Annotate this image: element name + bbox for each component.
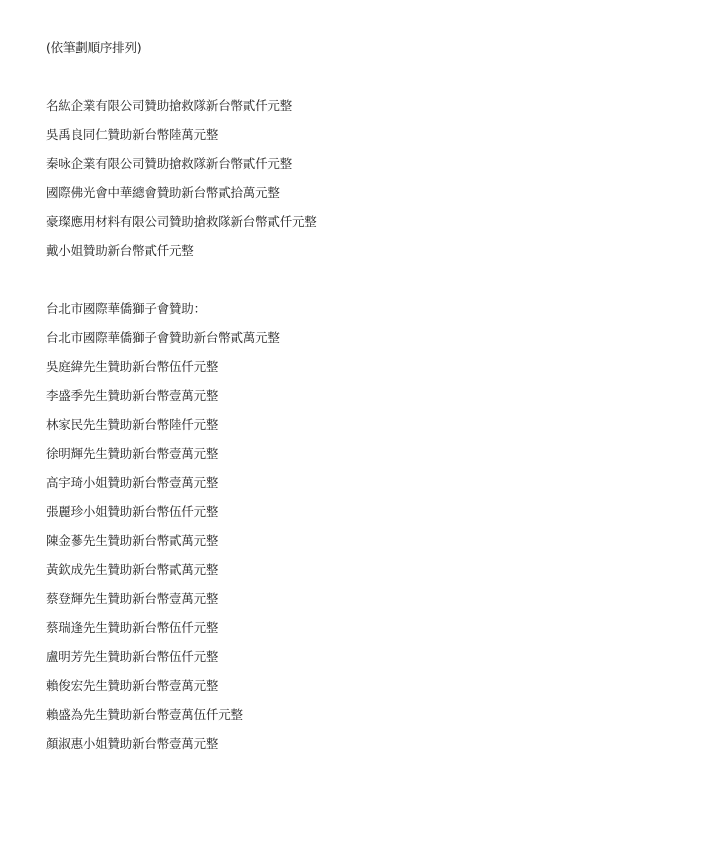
donor-entry: 李盛季先生贊助新台幣壹萬元整 bbox=[46, 388, 686, 404]
donor-entry: 林家民先生贊助新台幣陸仟元整 bbox=[46, 417, 686, 433]
donor-entry: 黃欽成先生贊助新台幣貳萬元整 bbox=[46, 562, 686, 578]
donor-entry: 秦咏企業有限公司贊助搶救隊新台幣貳仟元整 bbox=[46, 156, 686, 172]
donor-entry: 國際佛光會中華總會贊助新台幣貳拾萬元整 bbox=[46, 185, 686, 201]
donor-section-2: 台北市國際華僑獅子會贊助： 台北市國際華僑獅子會贊助新台幣貳萬元整 吳庭緯先生贊… bbox=[46, 301, 686, 752]
donor-entry: 戴小姐贊助新台幣貳仟元整 bbox=[46, 243, 686, 259]
donor-entry: 賴俊宏先生贊助新台幣壹萬元整 bbox=[46, 678, 686, 694]
donor-entry: 吳庭緯先生贊助新台幣伍仟元整 bbox=[46, 359, 686, 375]
donor-section-1: 名紘企業有限公司贊助搶救隊新台幣貳仟元整 吳禹良同仁贊助新台幣陸萬元整 秦咏企業… bbox=[46, 98, 686, 259]
donor-entry: 張麗珍小姐贊助新台幣伍仟元整 bbox=[46, 504, 686, 520]
donor-entry: 顏淑惠小姐贊助新台幣壹萬元整 bbox=[46, 736, 686, 752]
donor-entry: 徐明輝先生贊助新台幣壹萬元整 bbox=[46, 446, 686, 462]
donor-entry: 名紘企業有限公司贊助搶救隊新台幣貳仟元整 bbox=[46, 98, 686, 114]
donor-entry: 吳禹良同仁贊助新台幣陸萬元整 bbox=[46, 127, 686, 143]
donation-list-document: (依筆劃順序排列) 名紘企業有限公司贊助搶救隊新台幣貳仟元整 吳禹良同仁贊助新台… bbox=[46, 40, 686, 765]
section-heading: 台北市國際華僑獅子會贊助： bbox=[46, 301, 686, 317]
donor-entry: 台北市國際華僑獅子會贊助新台幣貳萬元整 bbox=[46, 330, 686, 346]
donor-entry: 賴盛為先生贊助新台幣壹萬伍仟元整 bbox=[46, 707, 686, 723]
donor-entry: 高宇琦小姐贊助新台幣壹萬元整 bbox=[46, 475, 686, 491]
section-spacer bbox=[46, 272, 686, 301]
donor-entry: 盧明芳先生贊助新台幣伍仟元整 bbox=[46, 649, 686, 665]
donor-entry: 蔡登輝先生贊助新台幣壹萬元整 bbox=[46, 591, 686, 607]
donor-entry: 豪璨應用材料有限公司贊助搶救隊新台幣貳仟元整 bbox=[46, 214, 686, 230]
donor-entry: 陳金蔘先生贊助新台幣貳萬元整 bbox=[46, 533, 686, 549]
donor-entry: 蔡瑞逢先生贊助新台幣伍仟元整 bbox=[46, 620, 686, 636]
ordering-note: (依筆劃順序排列) bbox=[46, 40, 686, 56]
